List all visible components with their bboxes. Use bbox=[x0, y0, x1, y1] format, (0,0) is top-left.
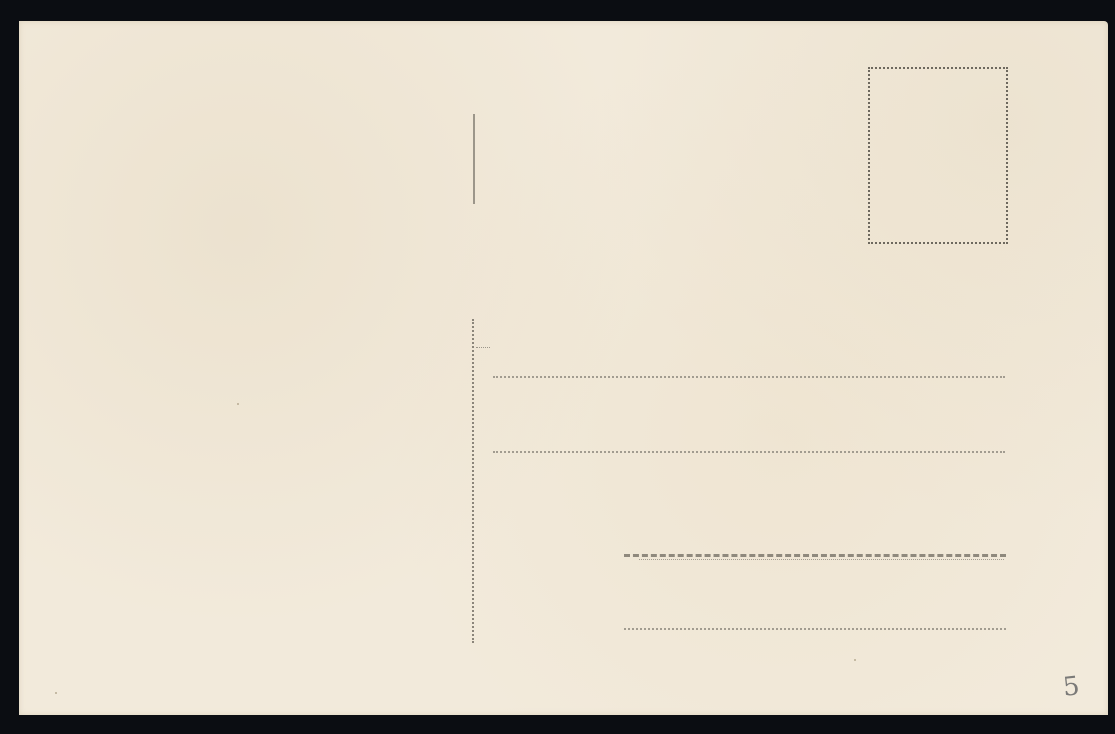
address-line-3 bbox=[624, 554, 1006, 557]
pencil-number-annotation: 5 bbox=[1061, 671, 1081, 703]
paper-speck bbox=[854, 659, 856, 661]
divider-line-top bbox=[473, 114, 475, 204]
paper-speck bbox=[237, 403, 239, 405]
address-line-4 bbox=[624, 628, 1006, 630]
address-line-2 bbox=[493, 451, 1005, 453]
address-line-1 bbox=[493, 376, 1005, 378]
divider-line-main bbox=[472, 319, 474, 643]
stamp-placeholder-box bbox=[868, 67, 1008, 244]
postcard-back: 5 bbox=[19, 21, 1108, 715]
address-line-3-underline bbox=[639, 559, 1004, 560]
divider-tick bbox=[476, 347, 490, 348]
paper-speck bbox=[55, 692, 57, 694]
